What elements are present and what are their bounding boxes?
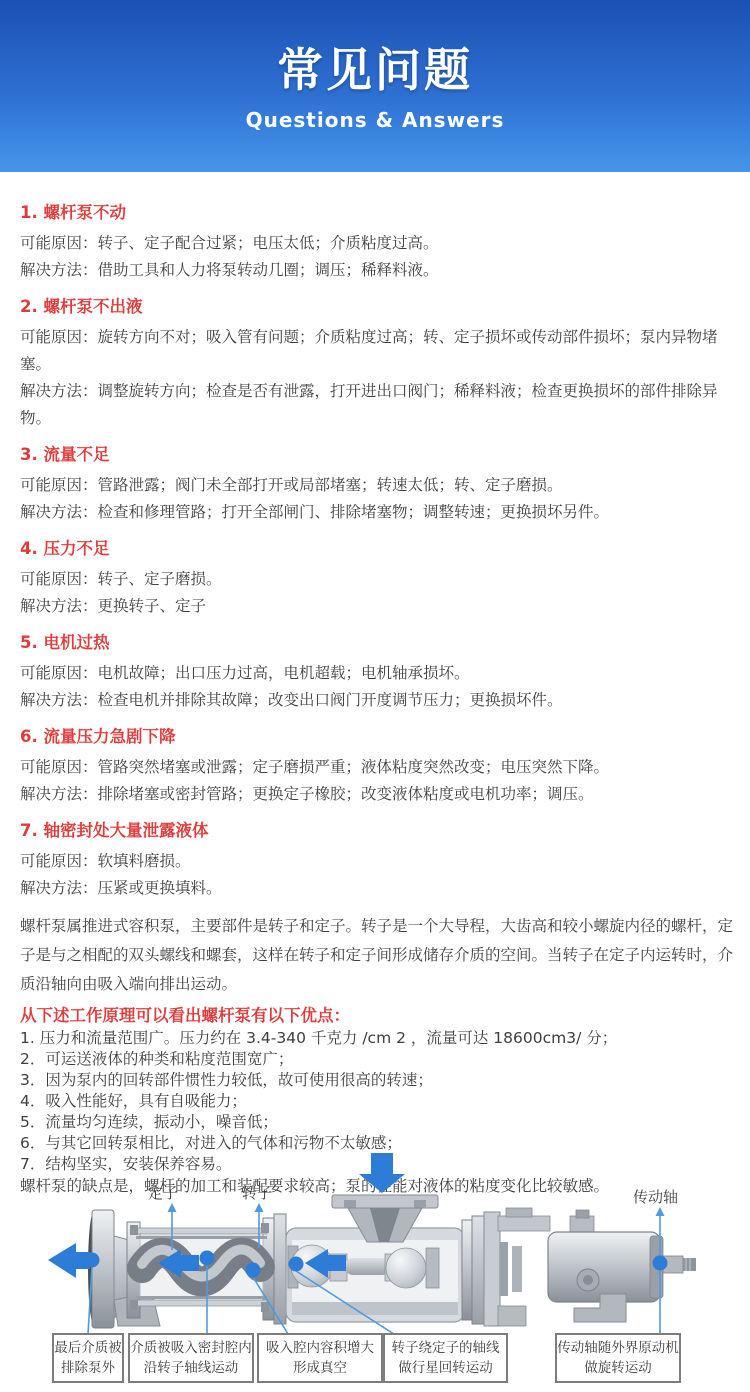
anchor-dot — [653, 1256, 668, 1271]
callout-box-suction-vacuum: 吸入腔内容积增大 形成真空 — [257, 1333, 383, 1383]
faq-cause: 可能原因：转子、定子磨损。 — [20, 566, 736, 593]
faq-solution: 解决方法：排除堵塞或密封管路；更换定子橡胶；改变液体粘度或电机功率；调压。 — [20, 781, 736, 808]
faq-item-7: 7. 轴密封处大量泄露液体 可能原因：软填料磨损。 解决方法：压紧或更换填料。 — [20, 818, 736, 902]
callout-box-discharge: 最后介质被 排除泵外 — [52, 1333, 124, 1383]
hero-banner: 常见问题 Questions & Answers — [0, 0, 750, 172]
faq-title: 3. 流量不足 — [20, 442, 736, 468]
advantage-item: 4．吸入性能好，具有自吸能力； — [20, 1091, 736, 1112]
faq-cause: 可能原因：管路泄露；阀门未全部打开或局部堵塞；转速太低；转、定子磨损。 — [20, 472, 736, 499]
faq-title: 5. 电机过热 — [20, 630, 736, 656]
faq-item-4: 4. 压力不足 可能原因：转子、定子磨损。 解决方法：更换转子、定子 — [20, 536, 736, 620]
faq-cause: 可能原因：电机故障；出口压力过高，电机超载；电机轴承损坏。 — [20, 660, 736, 687]
faq-title: 4. 压力不足 — [20, 536, 736, 562]
faq-solution: 解决方法：检查和修理管路；打开全部闸门、排除堵塞物；调整转速；更换损坏另件。 — [20, 499, 736, 526]
faq-title: 6. 流量压力急剧下降 — [20, 724, 736, 750]
faq-title: 7. 轴密封处大量泄露液体 — [20, 818, 736, 844]
inlet-flow-arrow-icon — [359, 1153, 405, 1193]
advantage-item: 5．流量均匀连续，振动小，噪音低； — [20, 1112, 736, 1133]
anchor-dot — [289, 1257, 304, 1272]
callout-box-seal-cavity: 介质被吸入密封腔内 沿转子轴线运动 — [128, 1333, 254, 1383]
anchor-dot — [200, 1251, 215, 1266]
product-faq-page: 常见问题 Questions & Answers 1. 螺杆泵不动 可能原因：转… — [0, 0, 750, 1392]
faq-cause: 可能原因：软填料磨损。 — [20, 848, 736, 875]
faq-title: 2. 螺杆泵不出液 — [20, 294, 736, 320]
advantages-heading: 从下述工作原理可以看出螺杆泵有以下优点： — [20, 1003, 736, 1028]
callout-box-drive-shaft: 传动轴随外界原动机 做旋转运动 — [555, 1333, 681, 1383]
drive-shaft-label: 传动轴 — [633, 1186, 678, 1207]
faq-title: 1. 螺杆泵不动 — [20, 200, 736, 226]
faq-item-1: 1. 螺杆泵不动 可能原因：转子、定子配合过紧；电压太低；介质粘度过高。 解决方… — [20, 200, 736, 284]
faq-solution: 解决方法：更换转子、定子 — [20, 593, 736, 620]
advantage-item: 1. 压力和流量范围广。压力约在 3.4-340 千克力 /cm 2 ，流量可达… — [20, 1028, 736, 1049]
faq-solution: 解决方法：检查电机并排除其故障；改变出口阀门开度调节压力；更换损坏件。 — [20, 687, 736, 714]
advantage-item: 2．可运送液体的种类和粘度范围宽广； — [20, 1049, 736, 1070]
callout-box-rotor-motion: 转子绕定子的轴线 做行星回转运动 — [383, 1333, 508, 1383]
faq-item-2: 2. 螺杆泵不出液 可能原因：旋转方向不对；吸入管有问题；介质粘度过高；转、定子… — [20, 294, 736, 432]
page-subtitle: Questions & Answers — [0, 108, 750, 132]
drive-unit — [548, 1210, 663, 1322]
stator-label: 定子 — [148, 1182, 178, 1203]
drive-shaft-stub — [663, 1256, 696, 1273]
page-title: 常见问题 — [0, 0, 750, 100]
outlet-flow-arrow-icon — [48, 1243, 90, 1278]
rotor-label: 转子 — [242, 1182, 272, 1203]
pump-diagram: 定子 转子 传动轴 最后介质被 排除泵外 介质被吸入密封腔内 沿转子轴线运动 吸… — [0, 1150, 750, 1392]
faq-item-3: 3. 流量不足 可能原因：管路泄露；阀门未全部打开或局部堵塞；转速太低；转、定子… — [20, 442, 736, 526]
faq-solution: 解决方法：压紧或更换填料。 — [20, 875, 736, 902]
faq-item-6: 6. 流量压力急剧下降 可能原因：管路突然堵塞或泄露；定子磨损严重；液体粘度突然… — [20, 724, 736, 808]
anchor-dot — [85, 1253, 100, 1268]
anchor-dot — [246, 1263, 261, 1278]
faq-cause: 可能原因：管路突然堵塞或泄露；定子磨损严重；液体粘度突然改变；电压突然下降。 — [20, 754, 736, 781]
faq-cause: 可能原因：转子、定子配合过紧；电压太低；介质粘度过高。 — [20, 230, 736, 257]
bearing-bracket — [462, 1208, 550, 1326]
faq-solution: 解决方法：调整旋转方向；检查是否有泄露，打开进出口阀门；稀释料液；检查更换损坏的… — [20, 378, 736, 432]
pump-description: 螺杆泵属推进式容积泵，主要部件是转子和定子。转子是一个大导程，大齿高和较小螺旋内… — [20, 912, 736, 999]
advantage-item: 3．因为泵内的回转部件惯性力较低，故可使用很高的转速； — [20, 1070, 736, 1091]
faq-solution: 解决方法：借助工具和人力将泵转动几圈；调压；稀释料液。 — [20, 257, 736, 284]
faq-cause: 可能原因：旋转方向不对；吸入管有问题；介质粘度过高；转、定子损坏或传动部件损坏；… — [20, 324, 736, 378]
faq-item-5: 5. 电机过热 可能原因：电机故障；出口压力过高，电机超载；电机轴承损坏。 解决… — [20, 630, 736, 714]
faq-content: 1. 螺杆泵不动 可能原因：转子、定子配合过紧；电压太低；介质粘度过高。 解决方… — [0, 172, 750, 1197]
